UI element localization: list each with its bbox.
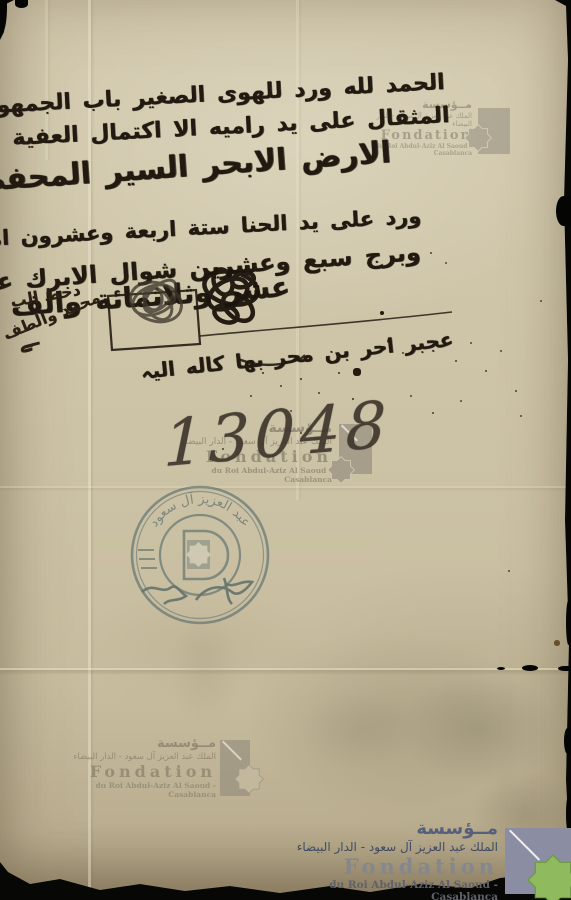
foundation-logo — [478, 108, 510, 154]
watermark-title-fr: Fondation — [276, 854, 498, 879]
watermark-title-ar: مــؤسسة — [61, 736, 216, 751]
paper-crease — [0, 668, 571, 670]
scanned-document: مــؤسسة الملك عبد العزيز آل سعود - الدار… — [0, 0, 571, 900]
scan-artifact — [566, 600, 571, 645]
paper-stain — [400, 672, 560, 787]
scan-artifact — [497, 667, 505, 670]
document-paper: مــؤسسة الملك عبد العزيز آل سعود - الدار… — [0, 0, 571, 900]
scan-artifact — [556, 196, 571, 226]
foundation-logo — [220, 740, 250, 796]
watermark-name-ar: الملك عبد العزيز آل سعود - الدار البيضاء — [276, 840, 498, 854]
paper-stain — [300, 690, 420, 770]
eight-point-star-icon — [234, 764, 264, 794]
foundation-watermark-bottom-right: مــؤسسة الملك عبد العزيز آل سعود - الدار… — [276, 818, 571, 900]
eight-point-star-icon — [464, 124, 492, 152]
svg-text:عبد العزيز آل سعود: عبد العزيز آل سعود — [147, 490, 254, 530]
official-stamp-seal: عبد العزيز آل سعود — [124, 484, 280, 634]
foundation-watermark-bottom-left: مــؤسسة الملك عبد العزيز آل سعود - الدار… — [60, 736, 250, 800]
scan-artifact — [564, 728, 571, 754]
scan-artifact — [558, 666, 571, 671]
watermark-title-fr: Fondation — [61, 762, 216, 781]
scan-artifact — [15, 0, 28, 8]
watermark-name-ar: الملك عبد العزيز آل سعود - الدار البيضاء — [61, 752, 216, 762]
foundation-logo — [505, 828, 571, 894]
scan-artifact — [522, 665, 538, 671]
watermark-name-fr: du Roi Abdul-Aziz Al Saoud - Casablanca — [61, 781, 216, 799]
eight-point-star-icon — [527, 854, 571, 900]
watermark-title-ar: مــؤسسة — [276, 818, 498, 839]
stamp-ring-text: عبد العزيز آل سعود — [147, 490, 254, 530]
paper-crease — [0, 486, 571, 488]
watermark-name-fr: du Roi Abdul-Aziz Al Saoud - Casablanca — [276, 879, 498, 900]
